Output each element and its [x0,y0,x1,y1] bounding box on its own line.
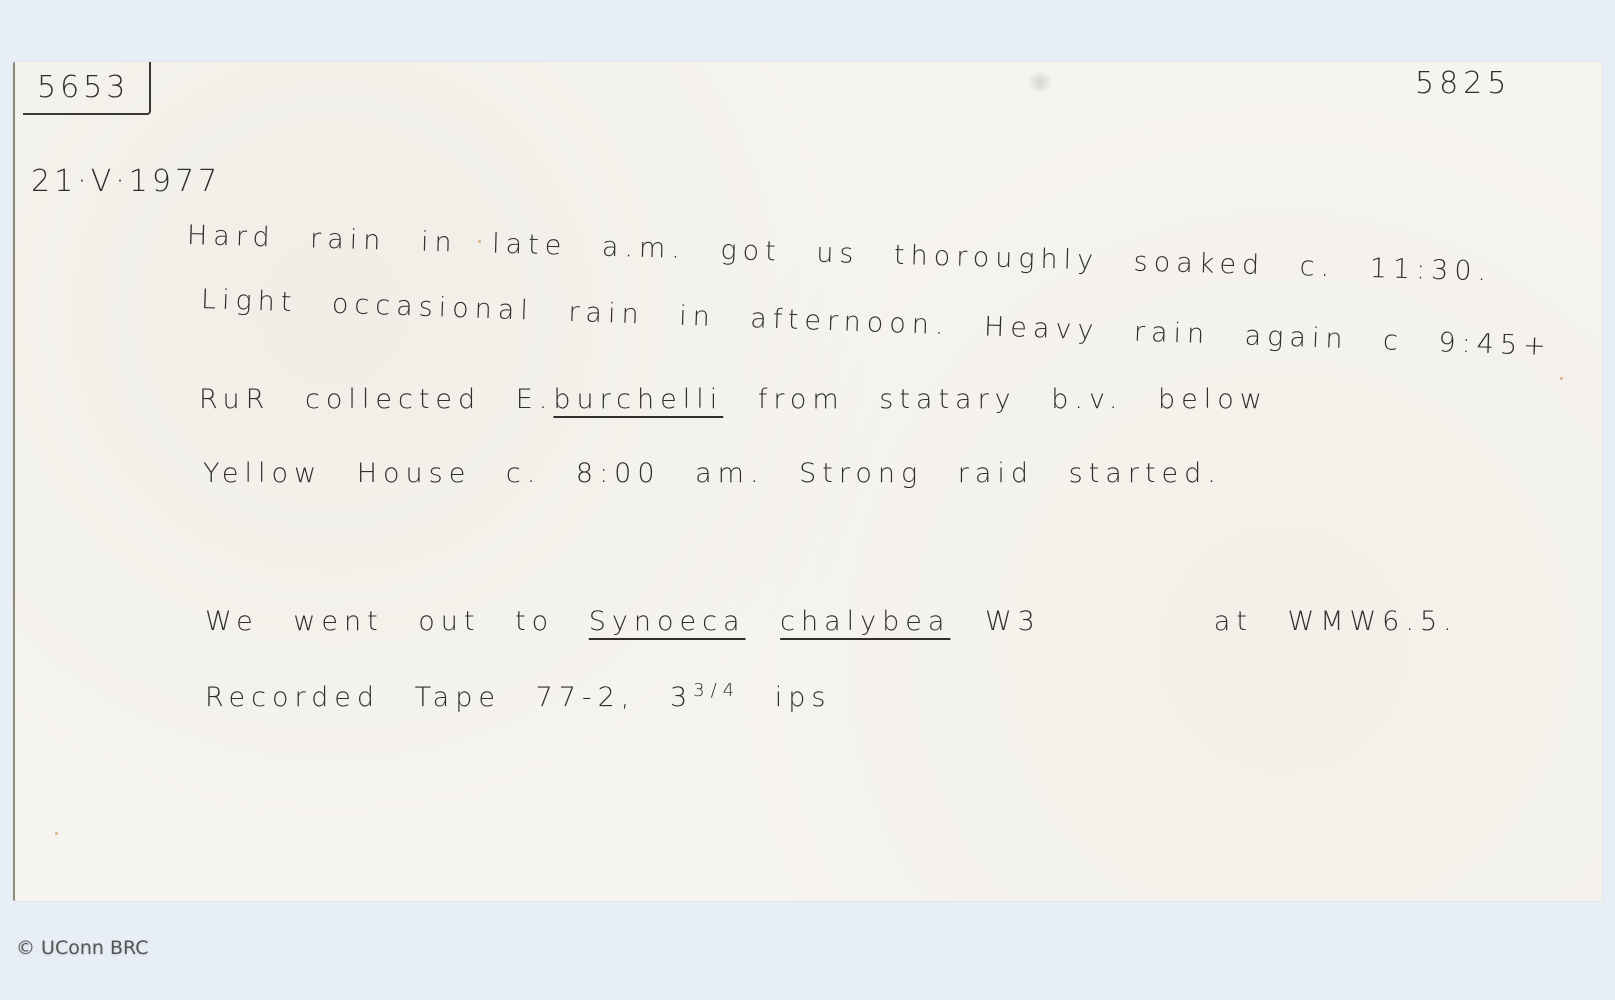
genus-underlined: Synoeca [589,606,746,637]
line-6-before: Recorded Tape 77-2, 3 [205,682,693,713]
copyright-notice: © UConn BRC [16,937,149,959]
line-3-before: RuR collected [199,384,516,415]
tape-speed-fraction: 3/4 [693,680,740,701]
entry-date: 21·V·1977 [31,164,221,199]
catalog-number-right: 5825 [1415,66,1511,101]
note-line-3: RuR collected E.burchelli from statary b… [199,384,1268,415]
paper-speck [1560,377,1563,380]
line-5-after: W3 at WMW6.5. [950,606,1457,637]
note-line-6: Recorded Tape 77-2, 33/4 ips [205,680,831,713]
line-5-before: We went out to [205,606,589,637]
note-line-5: We went out to Synoeca chalybea W3 at WM… [205,606,1458,637]
field-note-card: 5653 5825 21·V·1977 Hard rain in late a.… [13,62,1602,901]
species-genus-abbrev: E. [516,384,554,415]
note-line-1: Hard rain in late a.m. got us thoroughly… [187,220,1493,287]
species-underlined: chalybea [780,606,950,637]
note-line-4: Yellow House c. 8:00 am. Strong raid sta… [203,458,1222,489]
paper-speck [55,832,58,835]
catalog-number-left: 5653 [37,70,129,105]
ink-smudge [1025,72,1055,92]
line-3-after: from statary b.v. below [723,384,1268,415]
line-6-after: ips [740,682,831,713]
note-line-2: Light occasional rain in afternoon. Heav… [200,284,1552,362]
species-name-underlined: burchelli [553,384,723,415]
